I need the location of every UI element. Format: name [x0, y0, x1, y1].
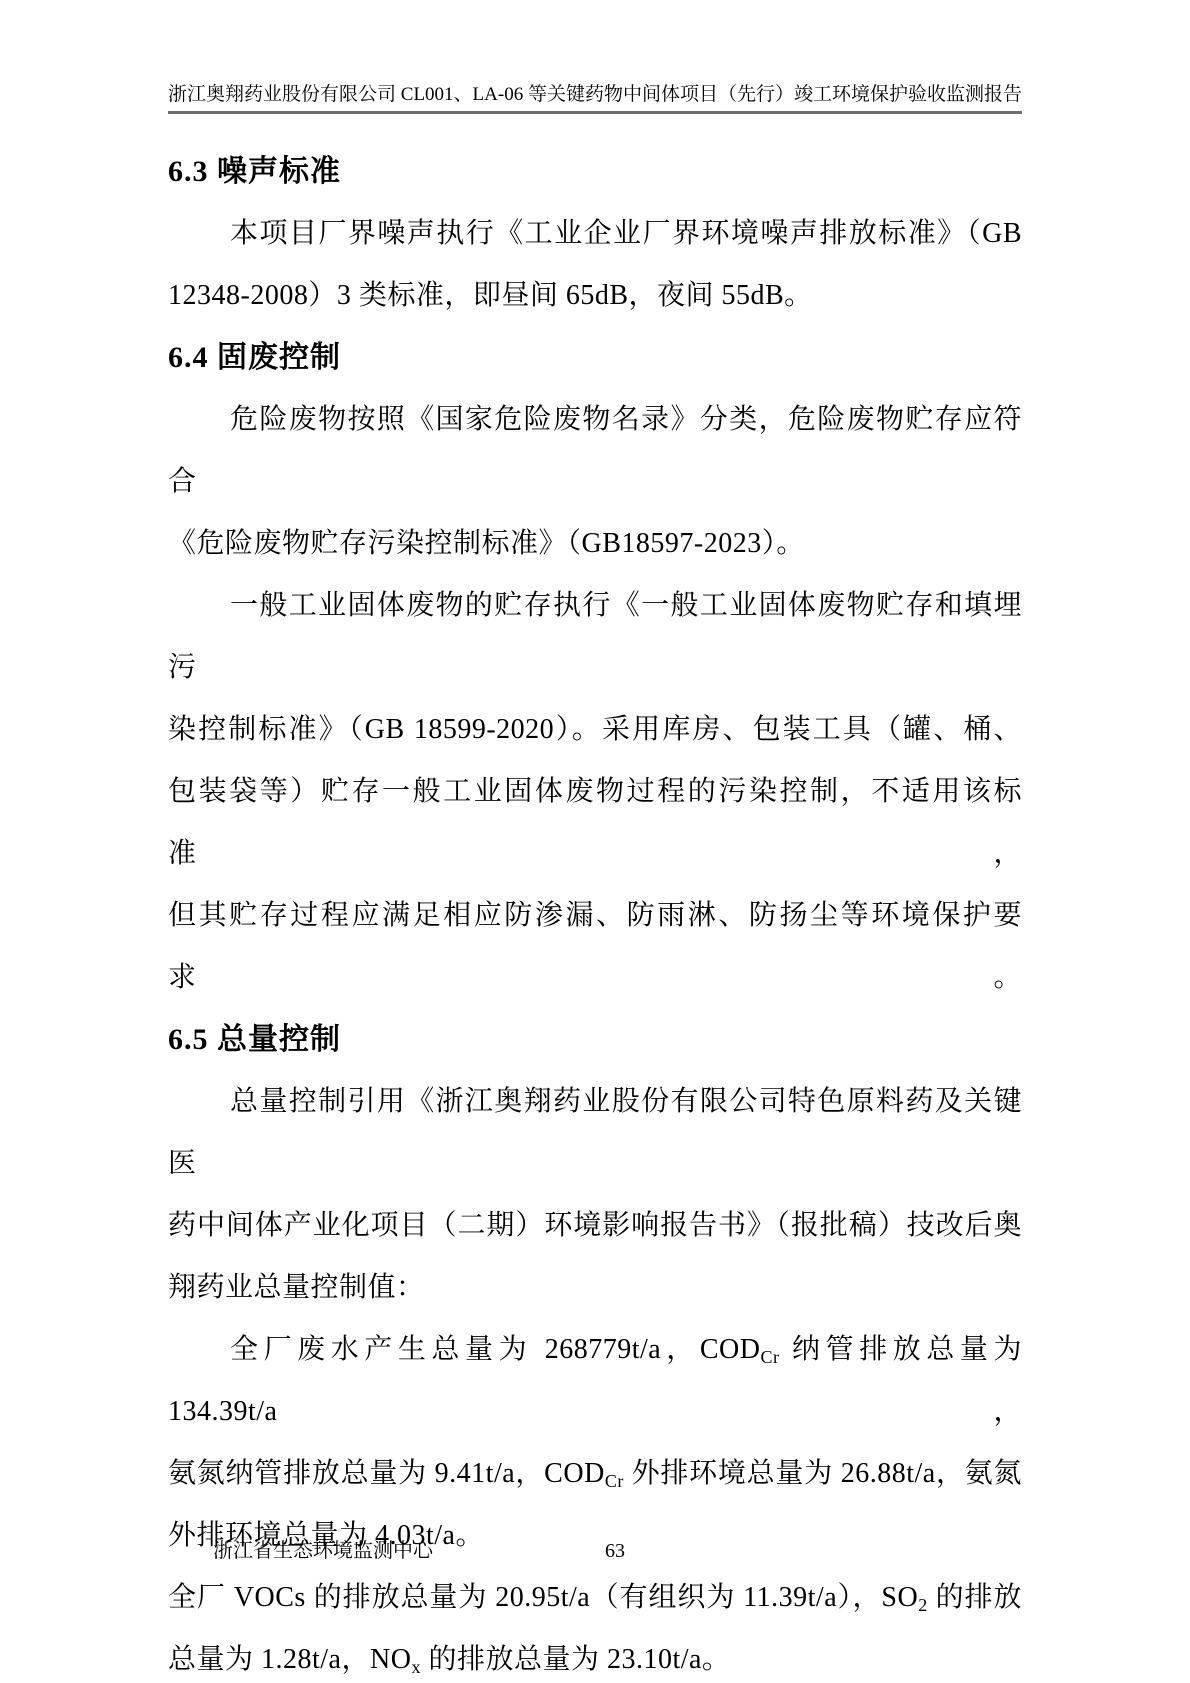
subscript-text: 2 — [918, 1595, 928, 1615]
section-paragraphs: 危险废物按照《国家危险废物名录》分类，危险废物贮存应符合《危险废物贮存污染控制标… — [168, 389, 1022, 1009]
footer-organization: 浙江省生态环境监测中心 — [213, 1538, 433, 1564]
section-paragraphs: 总量控制引用《浙江奥翔药业股份有限公司特色原料药及关键医药中间体产业化项目（二期… — [168, 1071, 1022, 1683]
text-segment: 药中间体产业化项目（二期）环境影响报告书》（报批稿）技改后奥 — [168, 1210, 1022, 1241]
text-segment: 总量控制引用《浙江奥翔药业股份有限公司特色原料药及关键医 — [168, 1086, 1022, 1179]
section-6-3-noise-standard: 6.3 噪声标准 本项目厂界噪声执行《工业企业厂界环境噪声排放标准》（GB123… — [168, 141, 1022, 327]
section-6-4-solid-waste-control: 6.4 固废控制 危险废物按照《国家危险废物名录》分类，危险废物贮存应符合《危险… — [168, 327, 1022, 1009]
text-line: 氨氮纳管排放总量为 9.41t/a，CODCr 外排环境总量为 26.88t/a… — [168, 1443, 1022, 1505]
document-body: 6.3 噪声标准 本项目厂界噪声执行《工业企业厂界环境噪声排放标准》（GB123… — [168, 141, 1022, 1683]
text-line: 本项目厂界噪声执行《工业企业厂界环境噪声排放标准》（GB — [168, 203, 1022, 265]
text-segment: 全厂废水产生总量为 268779t/a，COD — [230, 1334, 760, 1365]
text-segment: 翔药业总量控制值： — [168, 1272, 425, 1303]
text-line: 《危险废物贮存污染控制标准》（GB18597-2023）。 — [168, 513, 1022, 575]
text-line: 但其贮存过程应满足相应防渗漏、防雨淋、防扬尘等环境保护要求。 — [168, 885, 1022, 1009]
text-segment: 染控制标准》（GB 18599-2020）。采用库房、包装工具（罐、桶、 — [168, 714, 1022, 745]
section-heading-noise-standard: 6.3 噪声标准 — [168, 141, 1022, 203]
text-segment: 本项目厂界噪声执行《工业企业厂界环境噪声排放标准》（GB — [230, 218, 1022, 249]
text-segment: 全厂 VOCs 的排放总量为 20.95t/a（有组织为 11.39t/a），S… — [168, 1582, 918, 1613]
text-line: 染控制标准》（GB 18599-2020）。采用库房、包装工具（罐、桶、 — [168, 699, 1022, 761]
text-segment: 但其贮存过程应满足相应防渗漏、防雨淋、防扬尘等环境保护要求。 — [168, 900, 1022, 993]
subscript-text: x — [411, 1657, 421, 1677]
section-6-5-total-amount-control: 6.5 总量控制 总量控制引用《浙江奥翔药业股份有限公司特色原料药及关键医药中间… — [168, 1009, 1022, 1683]
paragraph: 本项目厂界噪声执行《工业企业厂界环境噪声排放标准》（GB12348-2008）3… — [168, 203, 1022, 327]
paragraph: 总量控制引用《浙江奥翔药业股份有限公司特色原料药及关键医药中间体产业化项目（二期… — [168, 1071, 1022, 1319]
paragraph: 危险废物按照《国家危险废物名录》分类，危险废物贮存应符合《危险废物贮存污染控制标… — [168, 389, 1022, 575]
text-line: 一般工业固体废物的贮存执行《一般工业固体废物贮存和填埋污 — [168, 575, 1022, 699]
page-number: 63 — [605, 1538, 625, 1564]
paragraph: 全厂废水产生总量为 268779t/a，CODCr 纳管排放总量为 134.39… — [168, 1319, 1022, 1567]
text-line: 包装袋等）贮存一般工业固体废物过程的污染控制，不适用该标准， — [168, 761, 1022, 885]
text-line: 12348-2008）3 类标准，即昼间 65dB，夜间 55dB。 — [168, 265, 1022, 327]
paragraph: 全厂 VOCs 的排放总量为 20.95t/a（有组织为 11.39t/a），S… — [168, 1567, 1022, 1683]
text-line: 总量为 1.28t/a，NOx 的排放总量为 23.10t/a。 — [168, 1629, 1022, 1683]
subscript-text: Cr — [605, 1471, 624, 1491]
text-line: 总量控制引用《浙江奥翔药业股份有限公司特色原料药及关键医 — [168, 1071, 1022, 1195]
text-segment: 包装袋等）贮存一般工业固体废物过程的污染控制，不适用该标准， — [168, 776, 1022, 869]
text-segment: 一般工业固体废物的贮存执行《一般工业固体废物贮存和填埋污 — [168, 590, 1022, 683]
report-header-title: 浙江奥翔药业股份有限公司 CL001、LA-06 等关键药物中间体项目（先行）竣… — [168, 82, 1022, 108]
text-segment: 氨氮纳管排放总量为 9.41t/a，COD — [168, 1458, 605, 1489]
text-line: 药中间体产业化项目（二期）环境影响报告书》（报批稿）技改后奥 — [168, 1195, 1022, 1257]
text-segment: 《危险废物贮存污染控制标准》（GB18597-2023）。 — [168, 528, 805, 559]
section-paragraphs: 本项目厂界噪声执行《工业企业厂界环境噪声排放标准》（GB12348-2008）3… — [168, 203, 1022, 327]
paragraph: 一般工业固体废物的贮存执行《一般工业固体废物贮存和填埋污染控制标准》（GB 18… — [168, 575, 1022, 1009]
section-heading-solid-waste-control: 6.4 固废控制 — [168, 327, 1022, 389]
text-segment: 总量为 1.28t/a，NO — [168, 1644, 411, 1675]
document-page: 浙江奥翔药业股份有限公司 CL001、LA-06 等关键药物中间体项目（先行）竣… — [0, 0, 1190, 1683]
subscript-text: Cr — [760, 1347, 779, 1367]
text-segment: 外排环境总量为 26.88t/a，氨氮 — [624, 1458, 1022, 1489]
page-header: 浙江奥翔药业股份有限公司 CL001、LA-06 等关键药物中间体项目（先行）竣… — [168, 0, 1022, 114]
text-segment: 12348-2008）3 类标准，即昼间 65dB，夜间 55dB。 — [168, 280, 813, 311]
text-line: 全厂废水产生总量为 268779t/a，CODCr 纳管排放总量为 134.39… — [168, 1319, 1022, 1443]
text-segment: 的排放总量为 23.10t/a。 — [421, 1644, 731, 1675]
text-segment: 危险废物按照《国家危险废物名录》分类，危险废物贮存应符合 — [168, 404, 1022, 497]
text-line: 全厂 VOCs 的排放总量为 20.95t/a（有组织为 11.39t/a），S… — [168, 1567, 1022, 1629]
text-line: 翔药业总量控制值： — [168, 1257, 1022, 1319]
text-line: 危险废物按照《国家危险废物名录》分类，危险废物贮存应符合 — [168, 389, 1022, 513]
section-heading-total-amount-control: 6.5 总量控制 — [168, 1009, 1022, 1071]
text-segment: 的排放 — [928, 1582, 1022, 1613]
